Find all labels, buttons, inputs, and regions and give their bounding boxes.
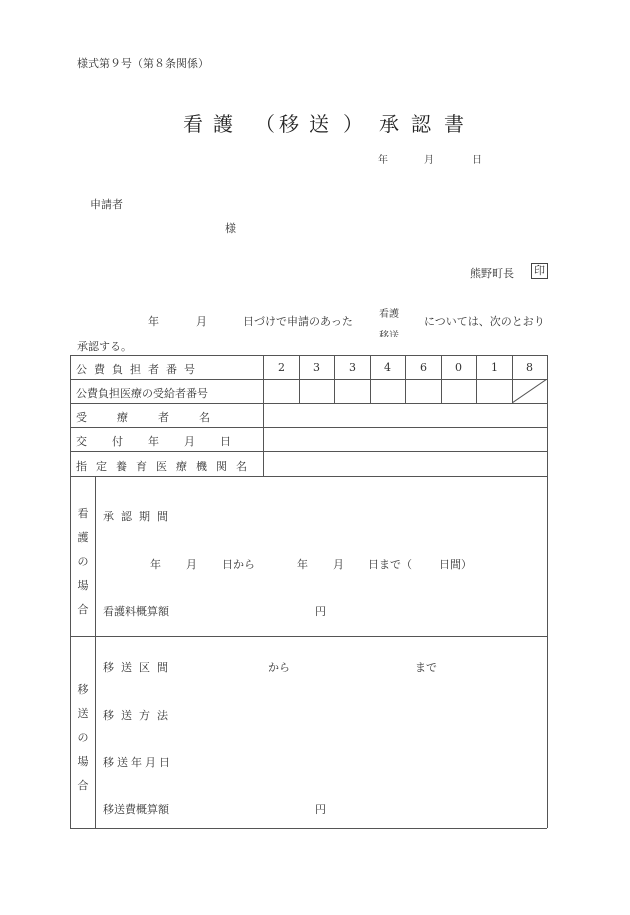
- period-year-from: 年: [150, 556, 161, 572]
- title-char: 承: [379, 108, 399, 137]
- nursing-fee-unit: 円: [315, 603, 326, 619]
- row-label-payer-number: 公費負担者番号: [76, 361, 202, 377]
- transport-date-label: 移送年月日: [103, 754, 173, 770]
- option-transport: 移送: [379, 327, 399, 337]
- payer-digit: 0: [441, 361, 476, 374]
- period-until: 日まで（: [368, 556, 412, 572]
- transport-fee-unit: 円: [315, 801, 326, 817]
- transport-from-field[interactable]: [180, 655, 265, 675]
- payer-digit: 3: [299, 361, 334, 374]
- option-nursing: 看護: [379, 305, 399, 320]
- statement-tail: については、次のとおり: [424, 313, 545, 329]
- transport-fee-field[interactable]: [200, 796, 310, 816]
- transport-from: から: [268, 659, 290, 675]
- document-title: 看 護 （ 移 送 ） 承 認 書: [0, 108, 630, 134]
- patient-name-field[interactable]: [264, 404, 547, 426]
- recipient-digit-field[interactable]: [335, 380, 370, 402]
- transport-section-label: 移送区間: [103, 659, 175, 675]
- date-day: 日: [472, 151, 482, 166]
- title-char: 護: [213, 108, 233, 137]
- statement-month: 月: [196, 313, 207, 329]
- row-label-medical-institution: 指定養育医療機関名: [76, 458, 256, 474]
- title-char: 看: [183, 108, 203, 137]
- medical-institution-field[interactable]: [264, 452, 547, 475]
- date-year: 年: [378, 151, 388, 166]
- period-from: 日から: [222, 556, 255, 572]
- nursing-fee-label: 看護料概算額: [103, 603, 169, 619]
- option-transport-clip: 移送: [376, 327, 416, 337]
- recipient-digit-field[interactable]: [264, 380, 299, 402]
- issue-date-field[interactable]: [264, 428, 547, 450]
- title-char: （: [255, 108, 275, 137]
- applicant-label: 申請者: [90, 196, 123, 212]
- recipient-digit-field[interactable]: [406, 380, 441, 402]
- transport-fee-label: 移送費概算額: [103, 801, 169, 817]
- payer-digit: 3: [335, 361, 370, 374]
- diagonal-slash-icon: [512, 379, 547, 403]
- recipient-digit-field[interactable]: [442, 380, 476, 402]
- title-char: 書: [444, 108, 464, 137]
- payer-digit: 8: [512, 361, 547, 374]
- transport-to-field[interactable]: [295, 655, 410, 675]
- row-label-patient-name: 受療者名: [76, 409, 240, 425]
- applicant-name-field[interactable]: [100, 216, 220, 232]
- payer-digit: 2: [264, 361, 299, 374]
- transport-method-field[interactable]: [180, 703, 540, 723]
- recipient-digit-field[interactable]: [300, 380, 334, 402]
- title-char: ）: [343, 108, 363, 137]
- nursing-fee-field[interactable]: [200, 598, 310, 618]
- row-label-recipient-number: 公費負担医療の受給者番号: [76, 385, 208, 401]
- form-number: 様式第９号（第８条関係）: [77, 55, 209, 71]
- statement-date-text: 日づけで申請のあった: [243, 313, 353, 329]
- transport-to: まで: [415, 659, 437, 675]
- payer-digit: 4: [370, 361, 405, 374]
- recipient-digit-field[interactable]: [371, 380, 405, 402]
- transport-date-field[interactable]: [180, 750, 540, 770]
- period-month-from: 月: [186, 556, 197, 572]
- approval-period-label: 承認期間: [103, 508, 175, 524]
- row-label-issue-date: 交付年月日: [76, 433, 256, 449]
- title-char: 送: [309, 108, 329, 137]
- transport-method-label: 移送方法: [103, 707, 175, 723]
- period-days: 日間）: [439, 556, 472, 572]
- period-year-to: 年: [297, 556, 308, 572]
- applicant-honorific: 様: [225, 220, 236, 236]
- seal-mark: 印: [531, 263, 548, 279]
- recipient-digit-field[interactable]: [477, 380, 512, 402]
- period-month-to: 月: [333, 556, 344, 572]
- payer-digit: 6: [406, 361, 441, 374]
- statement-line2: 承認する。: [77, 338, 132, 354]
- title-char: 認: [411, 108, 431, 137]
- statement-year: 年: [148, 313, 159, 329]
- date-month: 月: [424, 151, 434, 166]
- payer-digit: 1: [477, 361, 512, 374]
- title-char: 移: [279, 108, 299, 137]
- issuer-name: 熊野町長: [470, 265, 514, 281]
